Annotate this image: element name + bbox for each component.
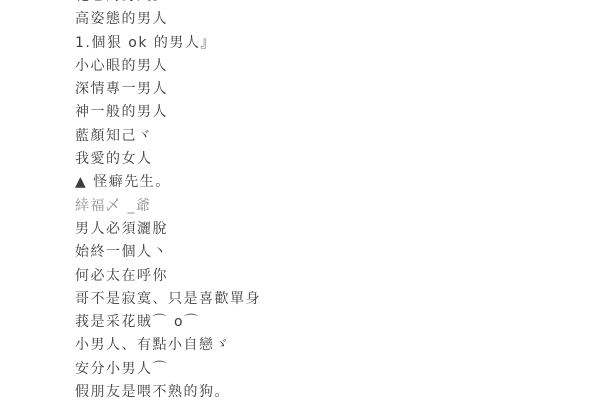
nickname-list-page: 花心的男人。高姿態的男人1.個狠 ok 的男人』小心眼的男人深情專一男人神一般的…	[0, 0, 600, 400]
text-line: 始終一個人丶	[75, 241, 600, 264]
text-line: 緈福乄 _爺	[75, 195, 600, 218]
text-line: 莪是采花賊⌒ o⌒	[75, 311, 600, 334]
text-line: 男人必須灑脫	[75, 218, 600, 241]
text-line: ▲ 怪癖先生。	[75, 171, 600, 194]
text-line: 哥不是寂寞、只是喜歡單身	[75, 288, 600, 311]
text-line: 藍顏知己ヾ	[75, 125, 600, 148]
text-line-list: 花心的男人。高姿態的男人1.個狠 ok 的男人』小心眼的男人深情專一男人神一般的…	[75, 0, 600, 400]
text-line: 1.個狠 ok 的男人』	[75, 32, 600, 55]
text-line: 深情專一男人	[75, 78, 600, 101]
text-line: 我愛的女人	[75, 148, 600, 171]
text-line-clipped: 花心的男人。	[75, 0, 600, 8]
text-line: 神一般的男人	[75, 101, 600, 124]
text-line: 小男人、有點小自戀ゞ	[75, 334, 600, 357]
text-line: 高姿態的男人	[75, 8, 600, 31]
text-line: 小心眼的男人	[75, 55, 600, 78]
text-line: 假朋友是喂不熟的狗。	[75, 381, 600, 400]
text-line: 安分小男人⌒	[75, 358, 600, 381]
text-line: 何必太在呼你	[75, 265, 600, 288]
